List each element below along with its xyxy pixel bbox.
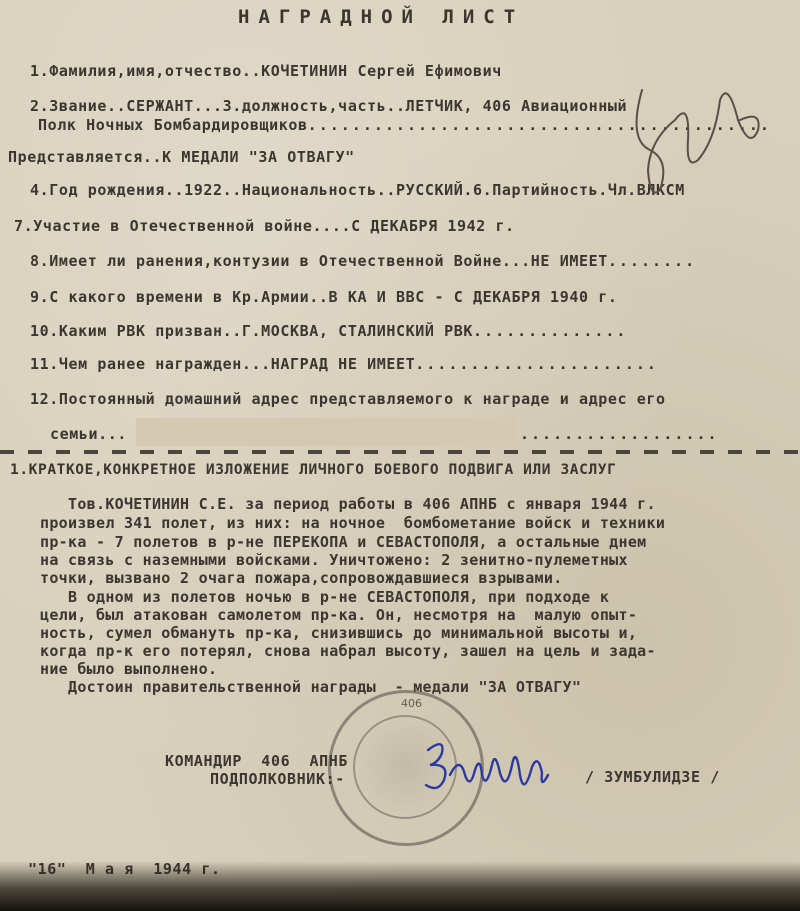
- narrative-line: ние было выполнено.: [40, 660, 217, 678]
- narrative-line: ность, сумел обмануть пр-ка, снизившись …: [40, 624, 637, 642]
- conscription-text: 10.Каким РВК призван..Г.МОСКВА, СТАЛИНСК…: [30, 322, 473, 340]
- narrative-line: Тов.КОЧЕТИНИН С.Е. за период работы в 40…: [40, 495, 656, 513]
- signatory-name: / ЗУМБУЛИДЗЕ /: [585, 768, 720, 786]
- fill-dots: ..................: [520, 425, 719, 443]
- awards-text: 11.Чем ранее награжден...НАГРАД НЕ ИМЕЕТ: [30, 355, 415, 373]
- scan-shadow: [0, 861, 800, 911]
- field-full-name: 1.Фамилия,имя,отчество..КОЧЕТИНИН Сергей…: [30, 62, 502, 80]
- narrative-line: произвел 341 полет, из них: на ночное бо…: [40, 514, 665, 532]
- wounds-text: 8.Имеет ли ранения,контузии в Отечествен…: [30, 252, 608, 270]
- stamp-number: 406: [401, 697, 422, 710]
- narrative-line: Достоин правительственной награды - меда…: [40, 678, 581, 696]
- section-heading: 1.КРАТКОЕ,КОНКРЕТНОЕ ИЗЛОЖЕНИЕ ЛИЧНОГО Б…: [10, 462, 616, 478]
- signatory-rank: ПОДПОЛКОВНИК:-: [210, 770, 345, 788]
- field-war-participation: 7.Участие в Отечественной войне....С ДЕК…: [14, 217, 515, 235]
- pencil-annotation: [620, 80, 780, 200]
- field-wounds: 8.Имеет ли ранения,контузии в Отечествен…: [30, 252, 696, 270]
- document-title: НАГРАДНОЙ ЛИСТ: [238, 6, 524, 28]
- field-conscription-office: 10.Каким РВК призван..Г.МОСКВА, СТАЛИНСК…: [30, 322, 627, 340]
- narrative-line: когда пр-к его потерял, снова набрал выс…: [40, 642, 656, 660]
- narrative-line: цели, был атакован самолетом пр-ка. Он, …: [40, 606, 637, 624]
- document-page: НАГРАДНОЙ ЛИСТ 1.Фамилия,имя,отчество..К…: [0, 0, 800, 911]
- commander-signature: [420, 735, 580, 815]
- fill-dots: ..............: [473, 322, 627, 340]
- narrative-line: В одном из полетов ночью в р-не СЕВАСТОП…: [40, 588, 609, 606]
- fill-dots: ........: [608, 252, 696, 270]
- field-birth-nationality-party: 4.Год рождения..1922..Национальность..РУ…: [30, 181, 685, 199]
- section-divider: [0, 450, 800, 454]
- field-previous-awards: 11.Чем ранее награжден...НАГРАД НЕ ИМЕЕТ…: [30, 355, 658, 373]
- fill-dots: ......................: [415, 355, 658, 373]
- redacted-address: [136, 418, 516, 446]
- field-family-address-label: семьи...: [50, 425, 127, 443]
- field-rank-position: 2.Звание..СЕРЖАНТ...3.должность,часть..Л…: [30, 97, 627, 115]
- narrative-line: пр-ка - 7 полетов в р-не ПЕРЕКОПА и СЕВА…: [40, 533, 647, 551]
- signatory-title: КОМАНДИР 406 АПНБ: [165, 752, 348, 770]
- field-army-since: 9.С какого времени в Кр.Армии..В КА И ВВ…: [30, 288, 617, 306]
- narrative-line: на связь с наземными войсками. Уничтожен…: [40, 551, 628, 569]
- field-nominated-for: Представляется..К МЕДАЛИ "ЗА ОТВАГУ": [8, 148, 355, 166]
- field-home-address: 12.Постоянный домашний адрес представляе…: [30, 390, 666, 408]
- unit-text: Полк Ночных Бомбардировщиков: [38, 116, 308, 134]
- narrative-line: точки, вызвано 2 очага пожара,сопровожда…: [40, 569, 563, 587]
